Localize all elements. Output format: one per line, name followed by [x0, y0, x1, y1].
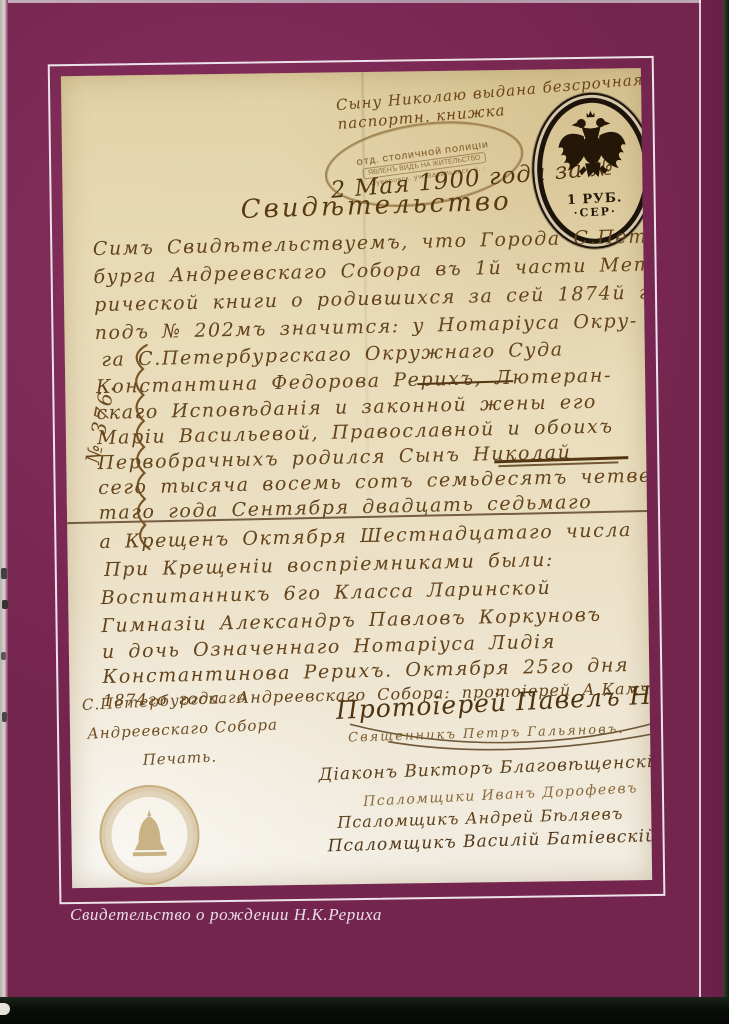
certificate-photo: Сыну Николаю выдана безсрочная паспортн.…	[61, 68, 652, 888]
signature-diakon: Діаконъ Викторъ Благовѣщенскій.	[318, 751, 652, 785]
photo-group: Сыну Николаю выдана безсрочная паспортн.…	[0, 0, 729, 1024]
body-line: При Крещеніи воспріемниками были:	[104, 549, 554, 581]
document-title: Свидѣтельство	[240, 187, 501, 225]
seal-note-line: Андреевскаго Собора	[87, 715, 278, 742]
book-page: Сыну Николаю выдана безсрочная паспортн.…	[0, 0, 729, 1024]
page-bottom-shadow	[0, 997, 729, 1024]
double-headed-eagle-icon	[551, 107, 633, 195]
photo-caption: Свидетельство о рождении Н.К.Рериха	[70, 905, 382, 925]
cathedral-seal	[99, 784, 200, 885]
revenue-stamp-currency: ·СЕР·	[567, 204, 623, 220]
body-line: Воспитанникъ 6го Класса Ларинской	[100, 577, 551, 609]
seal-note-line: Печать.	[142, 747, 217, 769]
cathedral-seal-emblem-icon	[124, 808, 175, 863]
